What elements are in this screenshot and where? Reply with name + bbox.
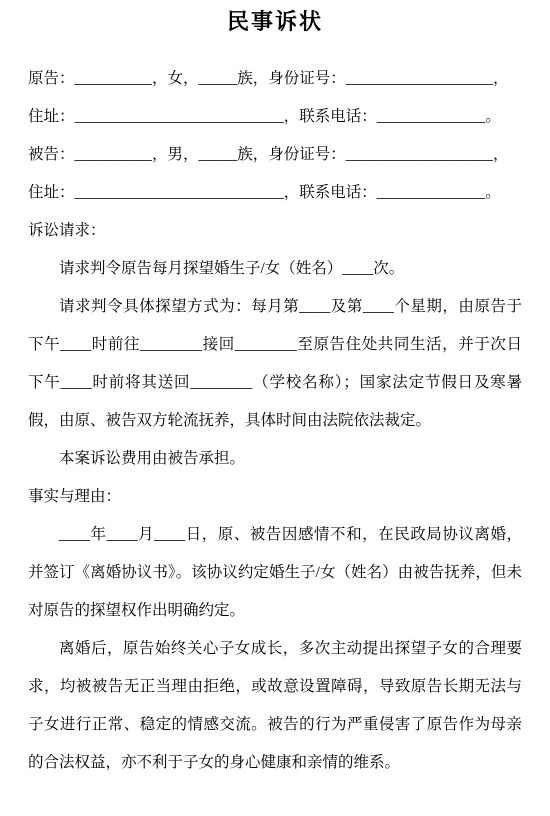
- civil-complaint-document: 民事诉状 原告：__________，女，_____族，身份证号：_______…: [0, 0, 550, 816]
- facts-paragraph-divorce-background: ____年____月____日，原、被告因感情不和，在民政局协议离婚，并签订《离…: [28, 516, 522, 630]
- claim-item-litigation-costs: 本案诉讼费用由被告承担。: [28, 440, 522, 478]
- facts-section: 事实与理由： ____年____月____日，原、被告因感情不和，在民政局协议离…: [28, 478, 522, 782]
- plaintiff-address-line: 住址：___________________________，联系电话：____…: [28, 98, 522, 136]
- facts-paragraph-visitation-obstruction: 离婚后，原告始终关心子女成长，多次主动提出探望子女的合理要求，均被被告无正当理由…: [28, 630, 522, 782]
- document-title: 民事诉状: [28, 6, 522, 38]
- plaintiff-info-line: 原告：__________，女，_____族，身份证号：____________…: [28, 60, 522, 98]
- claim-item-visitation-method: 请求判令具体探望方式为：每月第____及第____个星期，由原告于下午____时…: [28, 288, 522, 440]
- defendant-info-line: 被告：__________，男，_____族，身份证号：____________…: [28, 136, 522, 174]
- claim-item-visitation-frequency: 请求判令原告每月探望婚生子/女（姓名）____次。: [28, 250, 522, 288]
- facts-heading: 事实与理由：: [28, 478, 522, 516]
- party-info-section: 原告：__________，女，_____族，身份证号：____________…: [28, 60, 522, 212]
- defendant-address-line: 住址：___________________________，联系电话：____…: [28, 174, 522, 212]
- claims-heading: 诉讼请求：: [28, 212, 522, 250]
- claims-section: 诉讼请求： 请求判令原告每月探望婚生子/女（姓名）____次。 请求判令具体探望…: [28, 212, 522, 478]
